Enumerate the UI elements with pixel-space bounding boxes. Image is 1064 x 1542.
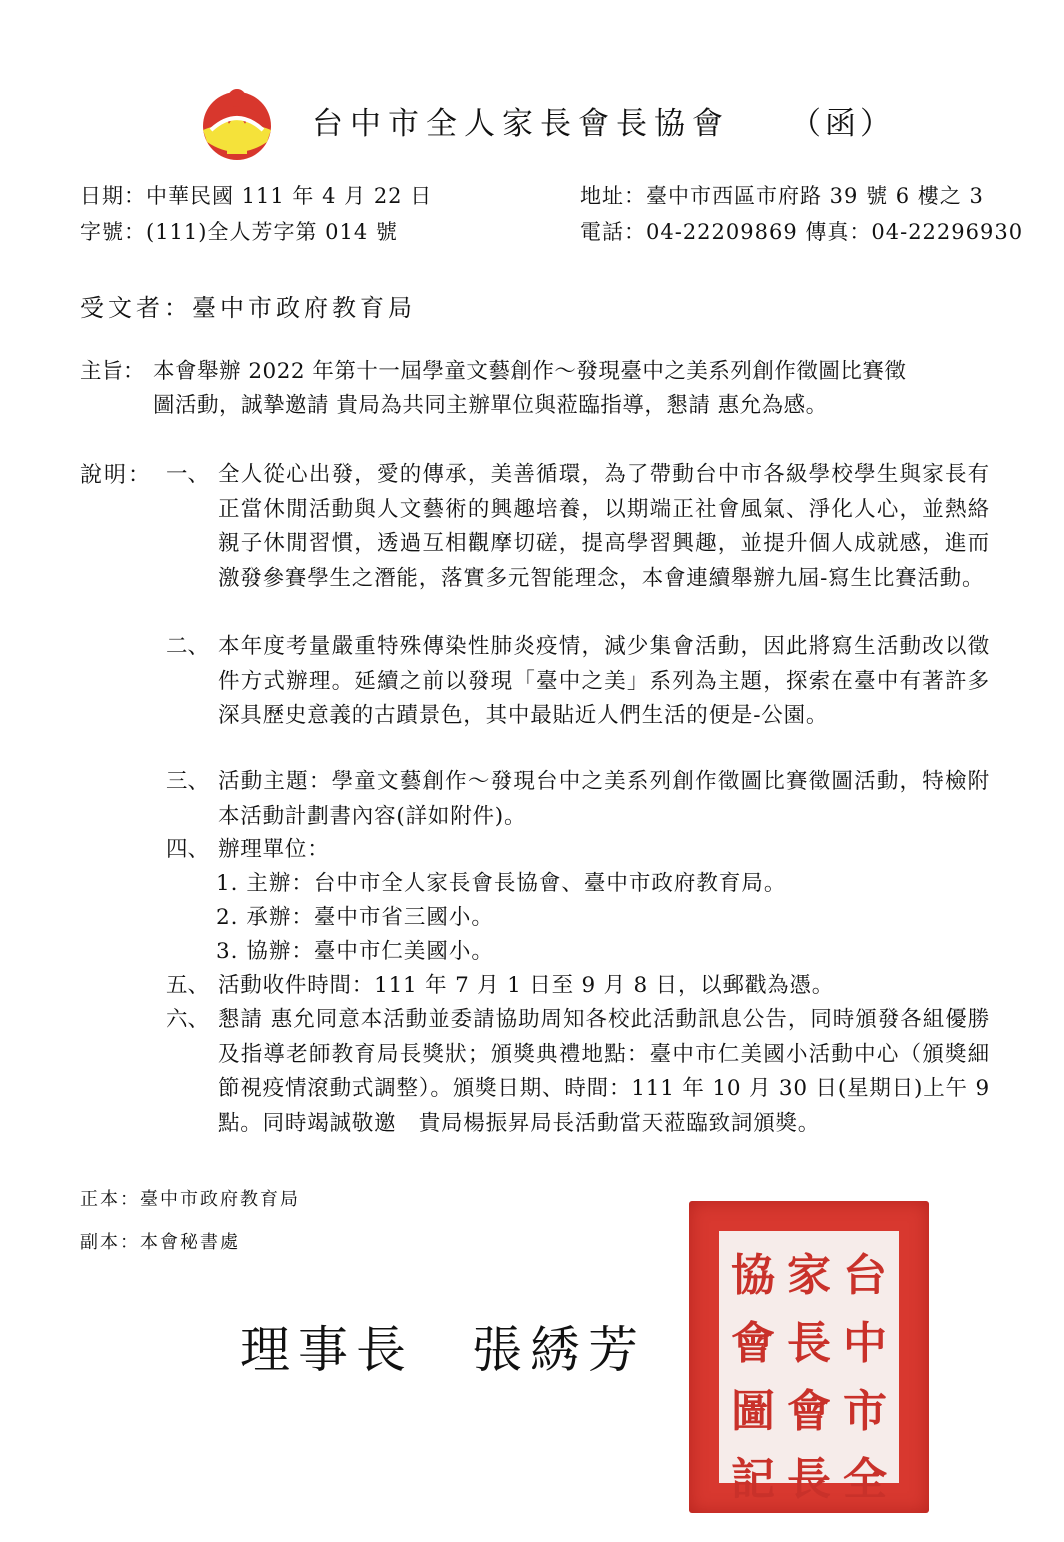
organizer-executor: 2. 承辦：臺中市省三國小。 (216, 901, 494, 935)
association-logo (197, 86, 277, 162)
explanation-item-5: 五、 活動收件時間：111 年 7 月 1 日至 9 月 8 日，以郵戳為憑。 (166, 969, 990, 1004)
subject-section: 主旨： 本會舉辦 2022 年第十一屆學童文藝創作～發現臺中之美系列創作徵圖比賽… (80, 355, 990, 423)
seal-char: 會 (783, 1375, 835, 1439)
seal-char: 家 (783, 1239, 835, 1303)
seal-char: 中 (839, 1307, 891, 1371)
document-date: 日期：中華民國 111 年 4 月 22 日 (80, 180, 432, 210)
subject-line-1: 本會舉辦 2022 年第十一屆學童文藝創作～發現臺中之美系列創作徵圖比賽徵 (153, 355, 990, 389)
organizer-co-host: 3. 協辦：臺中市仁美國小。 (216, 935, 494, 969)
seal-char: 長 (783, 1443, 835, 1507)
recipient: 受文者：臺中市政府教育局 (80, 288, 416, 323)
item-text: 活動收件時間：111 年 7 月 1 日至 9 月 8 日，以郵戳為憑。 (218, 969, 990, 1004)
original-copy-to: 正本：臺中市政府教育局 (80, 1185, 300, 1211)
seal-char: 會 (727, 1307, 779, 1371)
seal-char: 全 (839, 1443, 891, 1507)
chairperson-signature: 理事長 張綉芳 (240, 1310, 646, 1382)
seal-char: 圖 (727, 1375, 779, 1439)
organization-title: 台中市全人家長會長協會 (312, 98, 730, 143)
seal-face: 協 家 台 會 長 中 圖 會 市 記 長 全 (719, 1231, 899, 1483)
subject-line-2: 圖活動，誠摯邀請 貴局為共同主辦單位與蒞臨指導，懇請 惠允為感。 (153, 389, 990, 423)
explanation-item-6: 六、 懇請 惠允同意本活動並委請協助周知各校此活動訊息公告，同時頒發各組優勝及指… (166, 1003, 990, 1141)
item-number: 一、 (166, 458, 209, 493)
item-text: 本年度考量嚴重特殊傳染性肺炎疫情，減少集會活動，因此將寫生活動改以徵件方式辦理。… (218, 630, 990, 734)
item-number: 三、 (166, 765, 209, 800)
seal-char: 長 (783, 1307, 835, 1371)
address: 地址：臺中市西區市府路 39 號 6 樓之 3 (580, 180, 984, 210)
item-text: 辦理單位： (218, 833, 990, 868)
item-text: 懇請 惠允同意本活動並委請協助周知各校此活動訊息公告，同時頒發各組優勝及指導老師… (218, 1003, 990, 1141)
logo-icon (197, 86, 277, 162)
reference-number: 字號：(111)全人芳字第 014 號 (80, 216, 398, 246)
explanation-item-3: 三、 活動主題：學童文藝創作～發現台中之美系列創作徵圖比賽徵圖活動，特檢附本活動… (166, 765, 990, 834)
explanation-item-4: 四、 辦理單位： (166, 833, 990, 868)
explanation-item-1: 一、 全人從心出發，愛的傳承，美善循環，為了帶動台中市各級學校學生與家長有正當休… (166, 458, 990, 596)
carbon-copy-to: 副本：本會秘書處 (80, 1228, 240, 1254)
seal-char: 市 (839, 1375, 891, 1439)
explanation-item-2: 二、 本年度考量嚴重特殊傳染性肺炎疫情，減少集會活動，因此將寫生活動改以徵件方式… (166, 630, 990, 734)
document-type: （函） (790, 98, 895, 143)
official-seal: 協 家 台 會 長 中 圖 會 市 記 長 全 (689, 1201, 929, 1513)
explanation-label: 說明： (80, 458, 152, 489)
item-number: 四、 (166, 833, 209, 868)
subject-label: 主旨： (80, 355, 145, 389)
item-number: 六、 (166, 1003, 209, 1038)
phone-fax: 電話：04-22209869 傳真：04-22296930 (580, 216, 1023, 246)
item-number: 二、 (166, 630, 209, 665)
seal-char: 協 (727, 1239, 779, 1303)
item-text: 活動主題：學童文藝創作～發現台中之美系列創作徵圖比賽徵圖活動，特檢附本活動計劃書… (218, 765, 990, 834)
organizer-host: 1. 主辦：台中市全人家長會長協會、臺中市政府教育局。 (216, 867, 786, 901)
seal-char: 台 (839, 1239, 891, 1303)
seal-char: 記 (727, 1443, 779, 1507)
item-text: 全人從心出發，愛的傳承，美善循環，為了帶動台中市各級學校學生與家長有正當休閒活動… (218, 458, 990, 596)
item-number: 五、 (166, 969, 209, 1004)
